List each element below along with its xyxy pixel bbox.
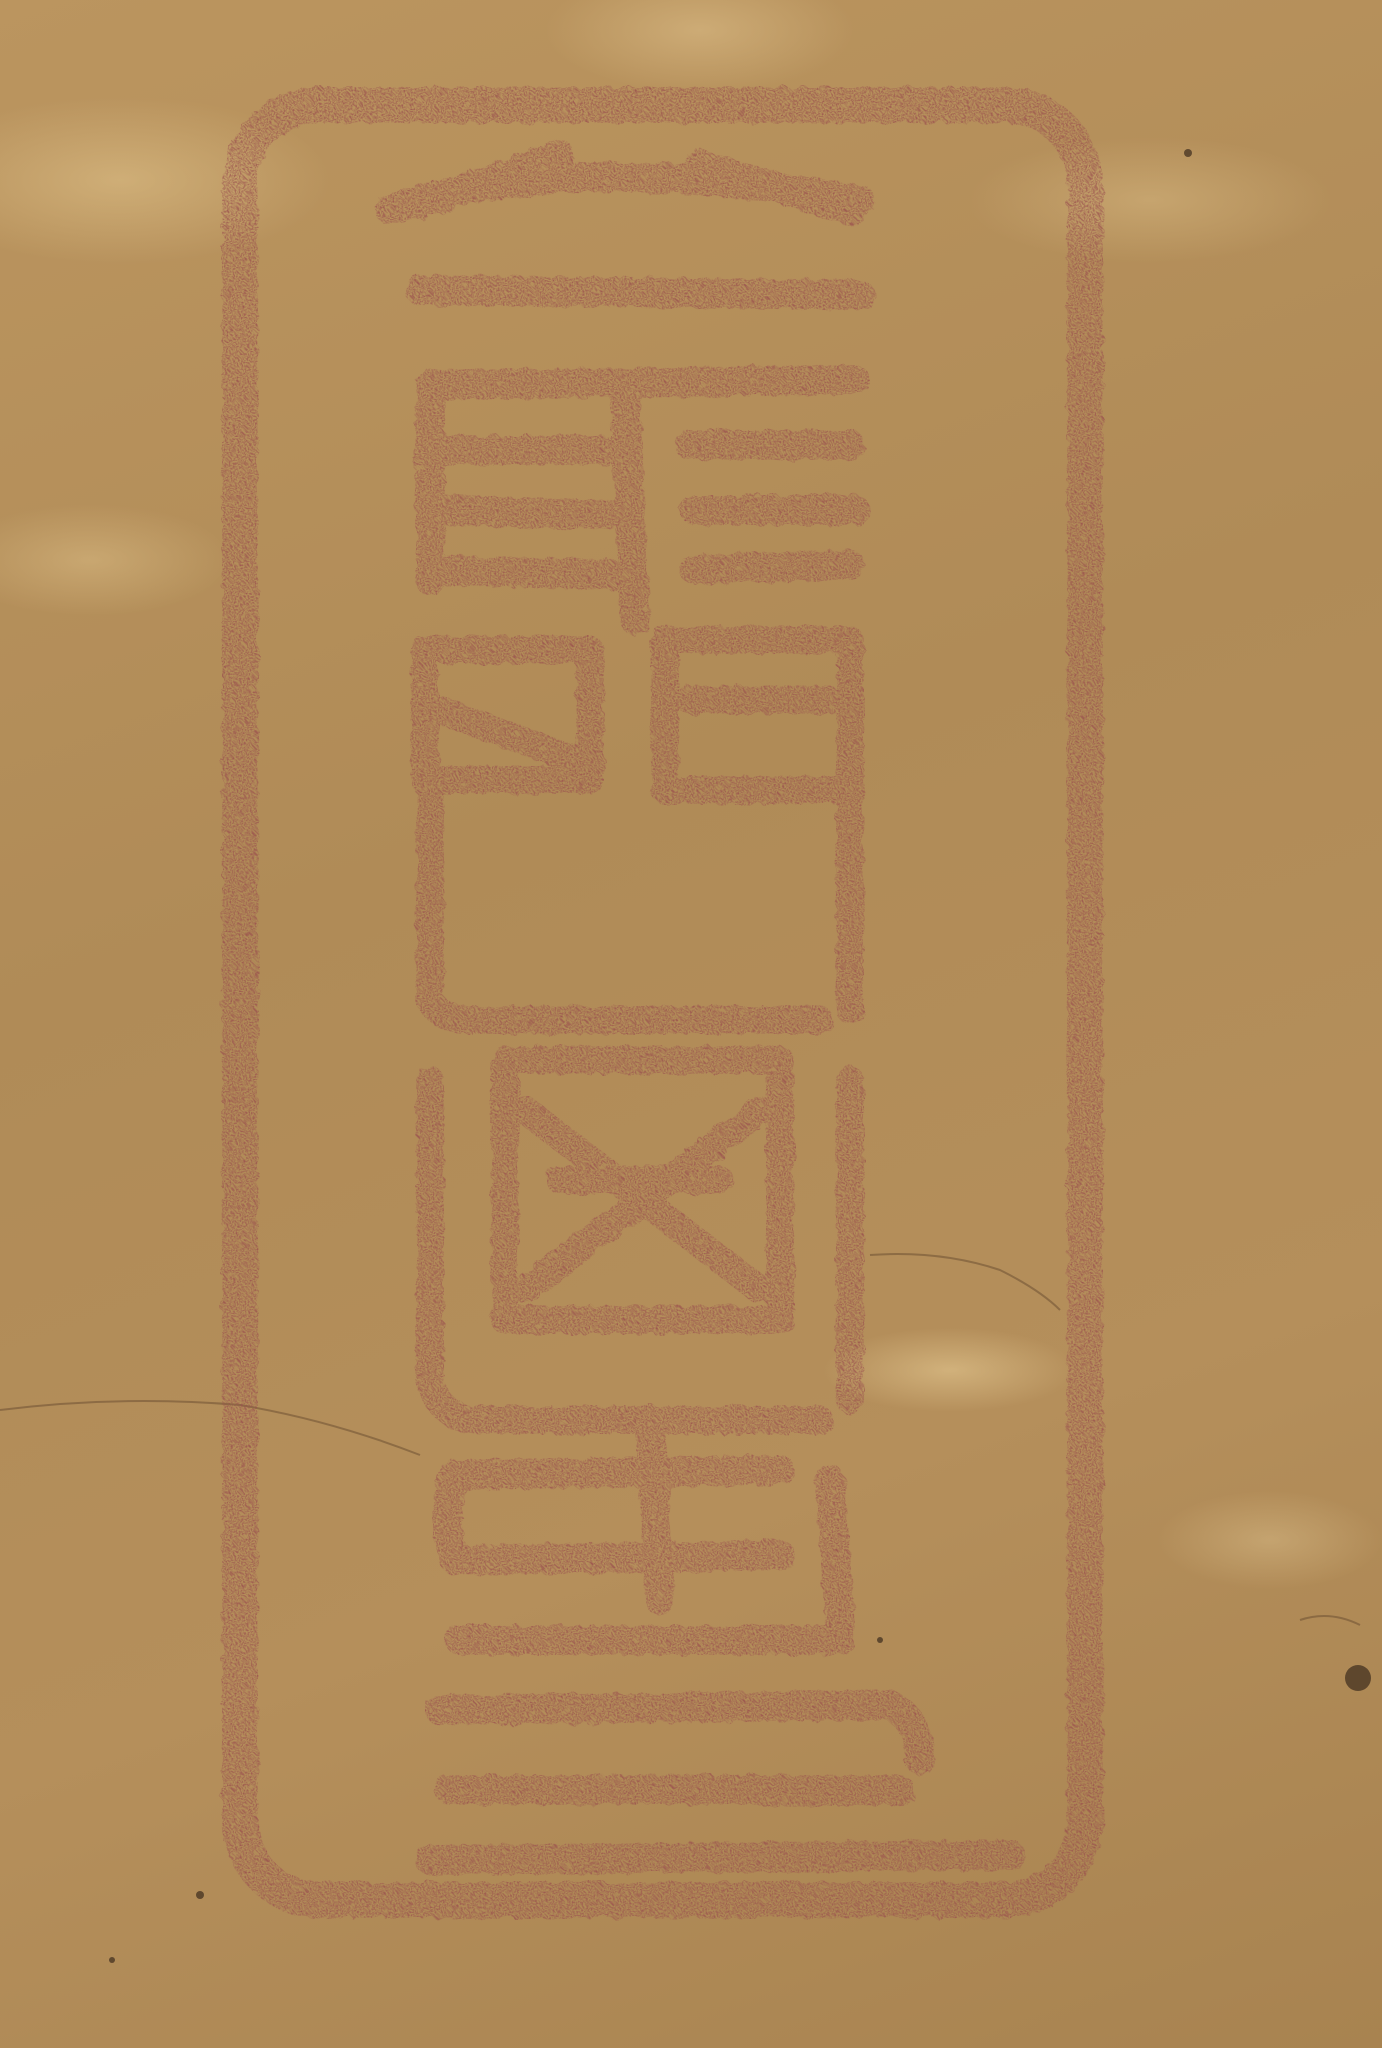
seal-character-2 — [425, 640, 850, 1420]
seal-ink — [240, 105, 1085, 1900]
aged-paper-photo — [0, 0, 1382, 2048]
seal-stamp — [0, 0, 1382, 2048]
seal-character-1 — [390, 155, 860, 620]
seal-character-3 — [430, 1420, 1010, 1860]
